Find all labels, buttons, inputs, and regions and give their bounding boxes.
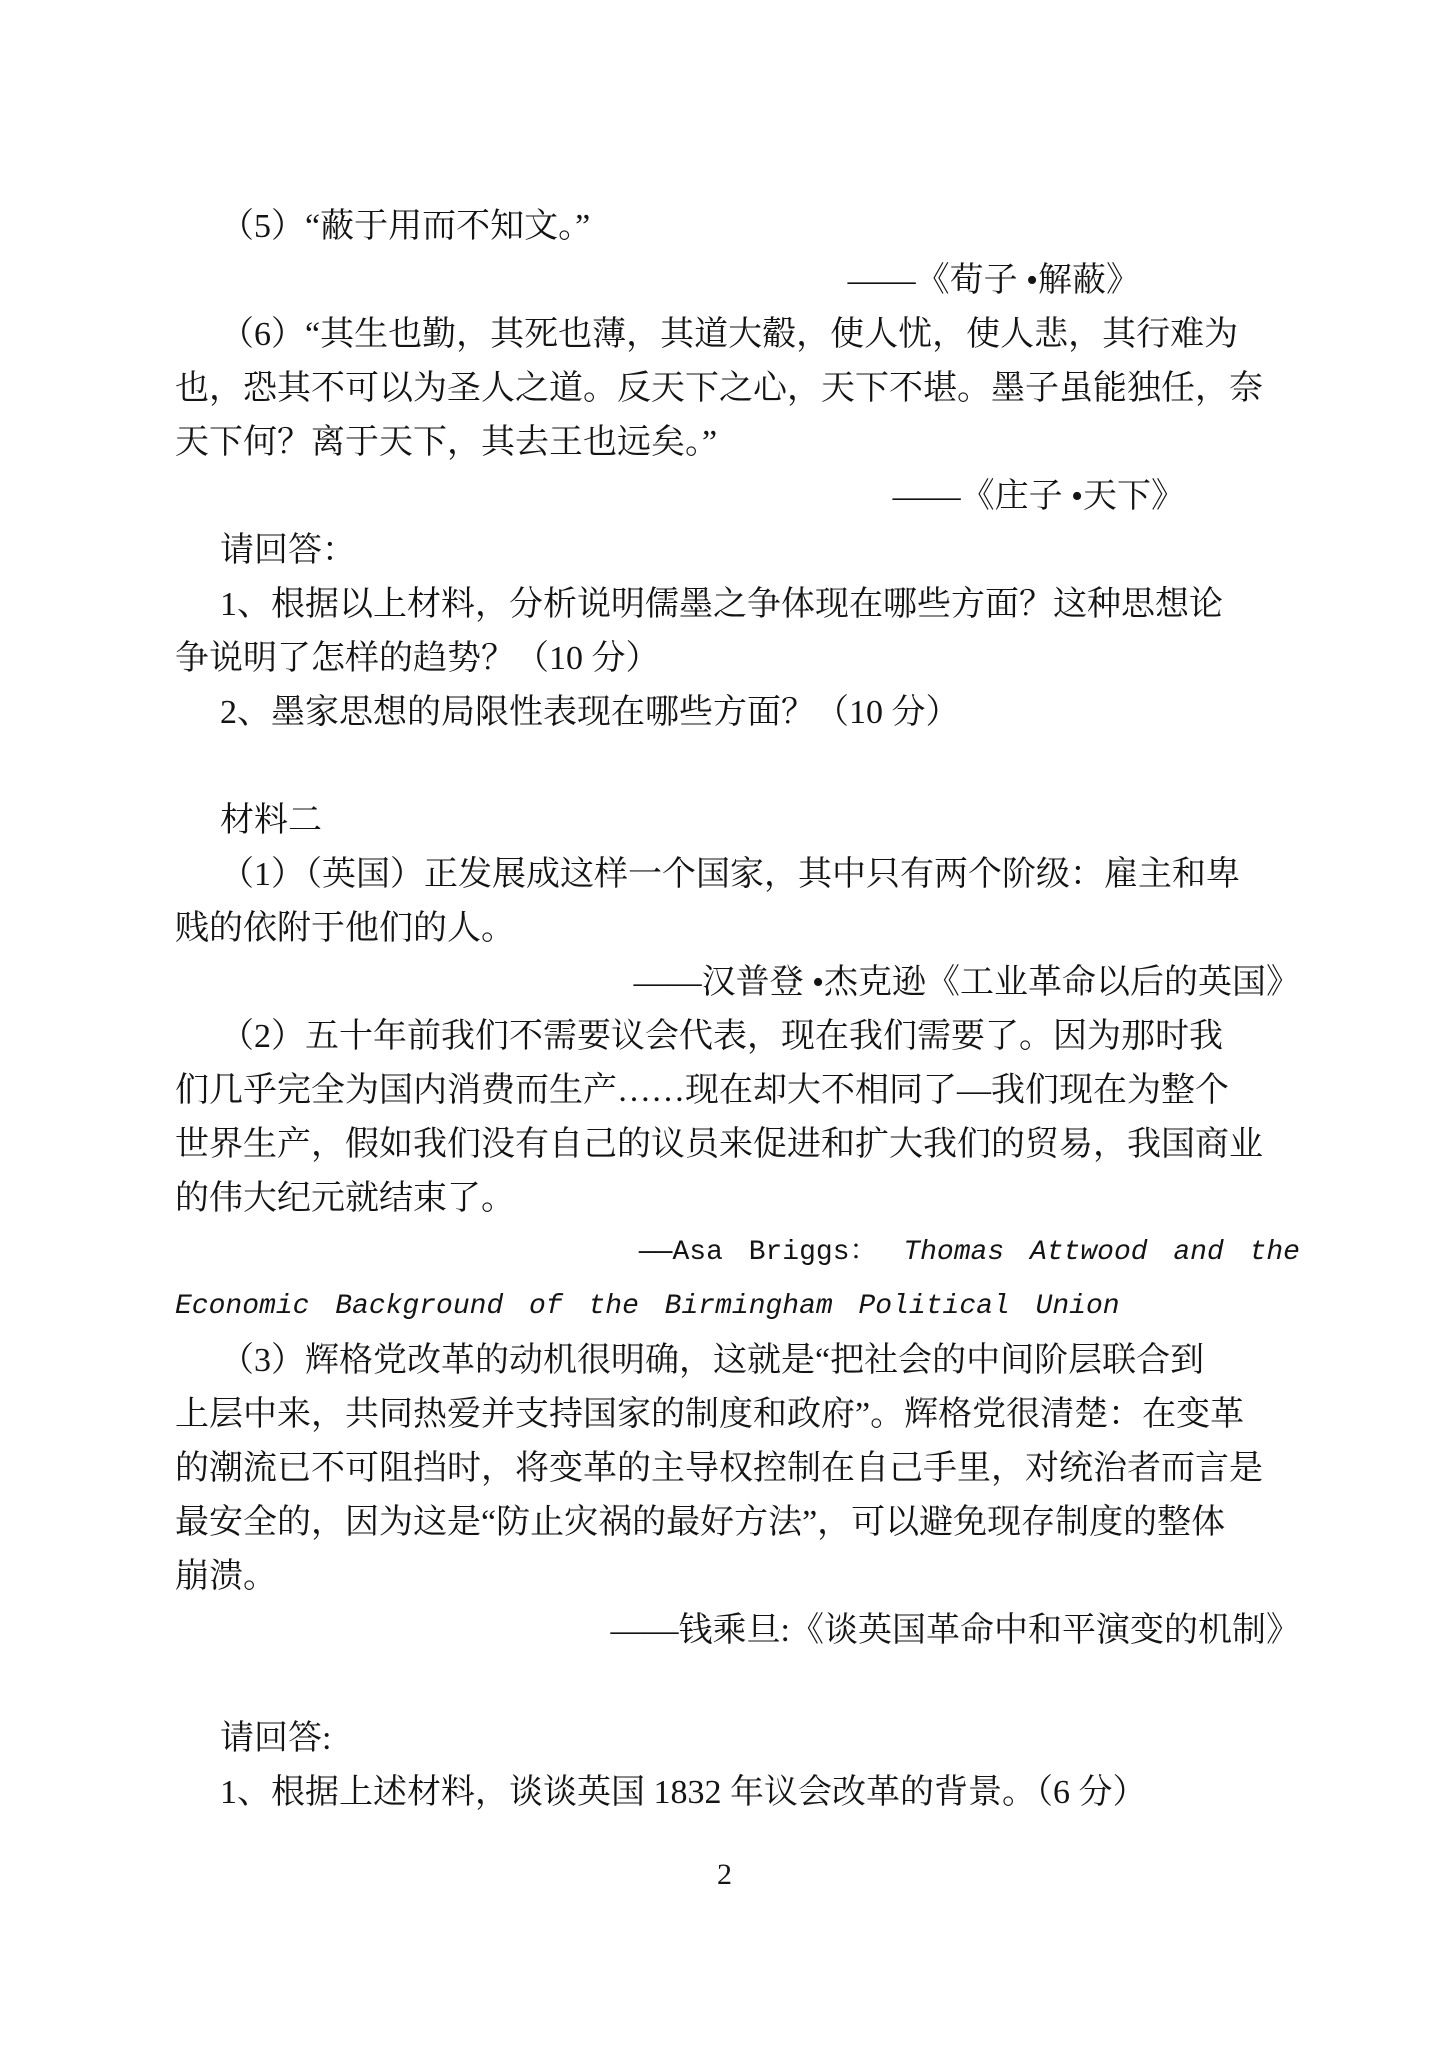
question-2: 2、墨家思想的局限性表现在哪些方面？（10 分） [175, 686, 1300, 740]
source-zhuangzi-tianxia: ——《庄子 •天下》 [175, 470, 1300, 524]
source-asa-briggs-title-part-1: Thomas Attwood and the [903, 1237, 1300, 1268]
m2-item-3-line-3: 的潮流已不可阻挡时，将变革的主导权控制在自己手里，对统治者而言是 [175, 1442, 1300, 1496]
quote-5: （5）“蔽于用而不知文。” [175, 200, 1300, 254]
m2-item-2-line-3: 世界生产，假如我们没有自己的议员来促进和扩大我们的贸易，我国商业 [175, 1118, 1300, 1172]
quote-6-line-3: 天下何？离于天下，其去王也远矣。” [175, 416, 1300, 470]
m2-item-3-line-4: 最安全的，因为这是“防止灾祸的最好方法”，可以避免现存制度的整体 [175, 1496, 1300, 1550]
source-qian-chengdan: ——钱乘旦:《谈英国革命中和平演变的机制》 [175, 1604, 1300, 1658]
page-number: 2 [0, 1858, 1449, 1892]
m2-item-3-line-1: （3）辉格党改革的动机很明确，这就是“把社会的中间阶层联合到 [175, 1334, 1300, 1388]
question-1-line-1: 1、根据以上材料，分析说明儒墨之争体现在哪些方面？这种思想论 [175, 578, 1300, 632]
source-asa-briggs-prefix: ——Asa Briggs： [639, 1237, 878, 1268]
question-1-line-2: 争说明了怎样的趋势？（10 分） [175, 632, 1300, 686]
quote-6-line-2: 也，恐其不可以为圣人之道。反天下之心，天下不堪。墨子虽能独任，奈 [175, 362, 1300, 416]
m2-item-1-line-1: （1）（英国）正发展成这样一个国家，其中只有两个阶级：雇主和卑 [175, 848, 1300, 902]
m2-item-3-line-2: 上层中来，共同热爱并支持国家的制度和政府”。辉格党很清楚：在变革 [175, 1388, 1300, 1442]
document-page: （5）“蔽于用而不知文。” ——《荀子 •解蔽》 （6）“其生也勤，其死也薄，其… [0, 0, 1449, 1820]
m2-item-1-line-2: 贱的依附于他们的人。 [175, 902, 1300, 956]
source-asa-briggs-line-1: ——Asa Briggs： Thomas Attwood and the [175, 1226, 1300, 1280]
source-hampden-jackson: ——汉普登 •杰克逊《工业革命以后的英国》 [175, 956, 1300, 1010]
m2-item-2-line-1: （2）五十年前我们不需要议会代表，现在我们需要了。因为那时我 [175, 1010, 1300, 1064]
quote-6-line-1: （6）“其生也勤，其死也薄，其道大觳，使人忧，使人悲，其行难为 [175, 308, 1300, 362]
m2-item-2-line-4: 的伟大纪元就结束了。 [175, 1172, 1300, 1226]
material-2-heading: 材料二 [175, 794, 1300, 848]
question-3: 1、根据上述材料，谈谈英国 1832 年议会改革的背景。（6 分） [175, 1766, 1300, 1820]
answer-prompt-1: 请回答： [175, 524, 1300, 578]
answer-prompt-2: 请回答: [175, 1712, 1300, 1766]
m2-item-3-line-5: 崩溃。 [175, 1550, 1300, 1604]
source-asa-briggs-line-2: Economic Background of the Birmingham Po… [175, 1280, 1300, 1334]
m2-item-2-line-2: 们几乎完全为国内消费而生产……现在却大不相同了—我们现在为整个 [175, 1064, 1300, 1118]
source-xunzi-jiebi: ——《荀子 •解蔽》 [175, 254, 1300, 308]
